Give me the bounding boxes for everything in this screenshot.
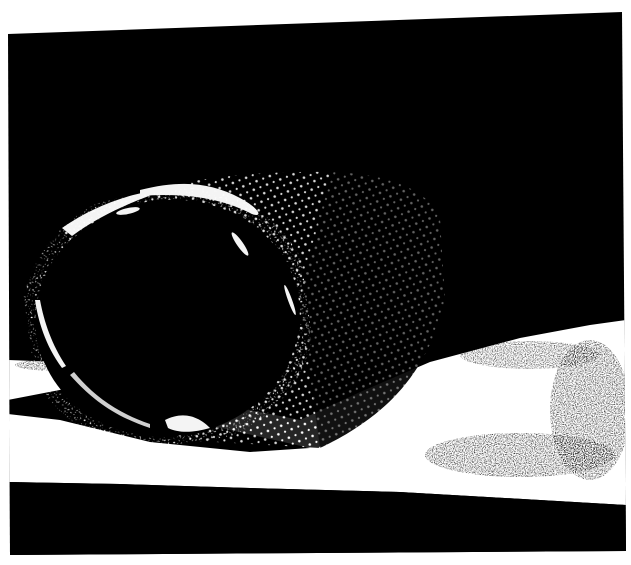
photograph [0,0,631,565]
